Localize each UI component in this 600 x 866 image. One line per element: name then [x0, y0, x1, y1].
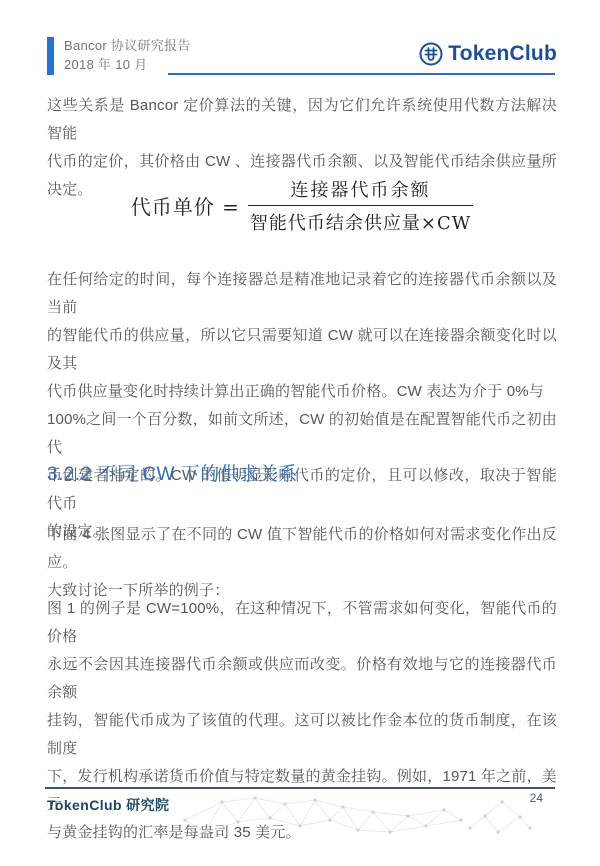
footer-divider — [45, 787, 555, 789]
tokenclub-coin-icon — [418, 41, 444, 67]
report-page: Bancor 协议研究报告 2018 年 10 月 TokenClub 这些关系… — [0, 0, 600, 866]
formula-denominator: 智能代币结余供应量×CW — [248, 206, 473, 235]
price-formula: 代币单价 = 连接器代币余额 智能代币结余供应量×CW — [47, 176, 557, 235]
header-divider — [168, 73, 555, 75]
section-heading-322: 3.2.2 不同 CW 下的供求关系 — [47, 459, 298, 486]
logo-wordmark: TokenClub — [448, 42, 557, 66]
footer-org-name: TokenClub 研究院 — [47, 795, 169, 815]
report-title: Bancor 协议研究报告 — [64, 36, 191, 55]
header-titles: Bancor 协议研究报告 2018 年 10 月 — [64, 36, 191, 74]
paragraph-cw-explanation: 在任何给定的时间，每个连接器总是精准地记录着它的连接器代币余额以及当前的智能代币… — [47, 266, 557, 546]
formula-numerator: 连接器代币余额 — [248, 176, 473, 206]
paragraph-charts-intro: 下面 4 张图显示了在不同的 CW 值下智能代币的价格如何对需求变化作出反应。大… — [47, 521, 557, 605]
header-accent-bar — [47, 37, 54, 75]
page-number: 24 — [530, 791, 543, 805]
report-date: 2018 年 10 月 — [64, 55, 191, 74]
formula-lhs: 代币单价 = — [131, 191, 240, 220]
tokenclub-logo: TokenClub — [418, 41, 557, 67]
formula-fraction: 连接器代币余额 智能代币结余供应量×CW — [248, 176, 473, 235]
